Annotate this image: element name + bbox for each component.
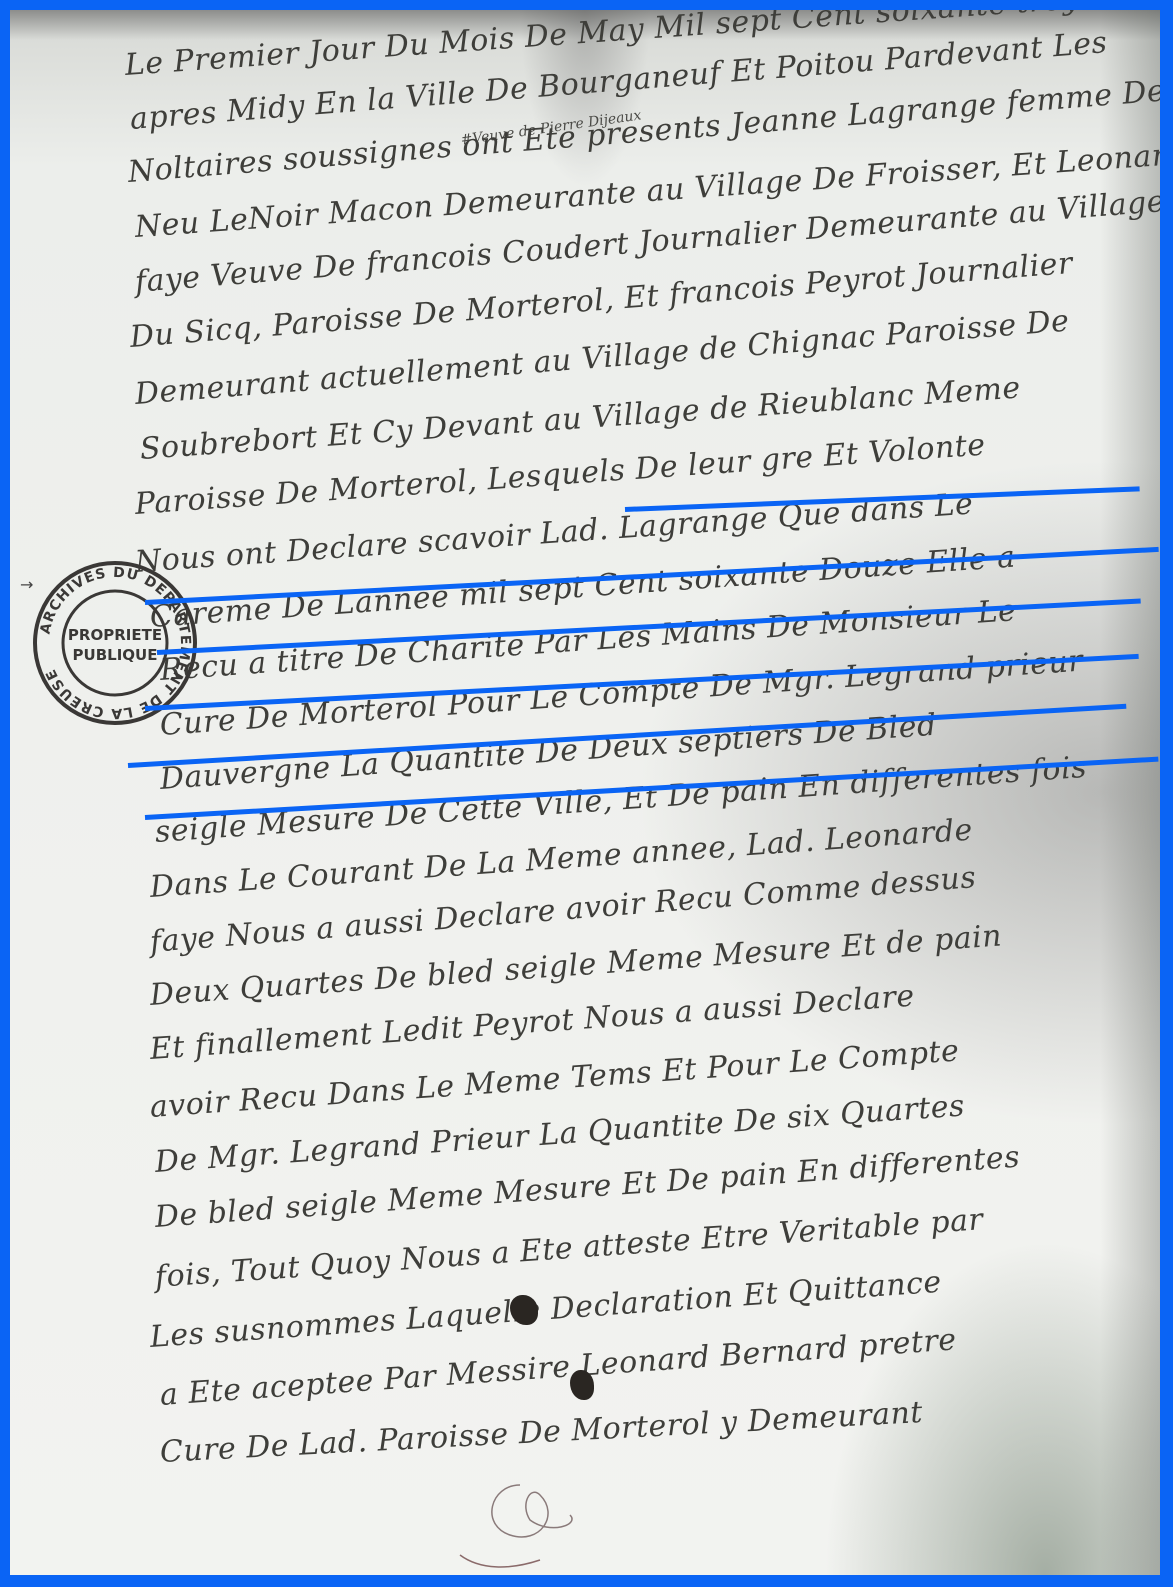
- archive-stamp: ARCHIVES DU DEPARTEMENT DE LA CREUSE PRO…: [30, 558, 200, 728]
- scan-shadow-right: [1100, 10, 1160, 1575]
- ink-blot: [570, 1370, 594, 1400]
- stamp-inner-line-2: PUBLIQUE: [73, 646, 158, 664]
- signature-flourish: [450, 1475, 610, 1575]
- stamp-inner-line-1: PROPRIETE: [68, 626, 162, 644]
- text-line-26: Cure De Lad. Paroisse De Morterol y Deme…: [159, 1395, 924, 1470]
- document-scan: Le Premier Jour Du Mois De May Mil sept …: [10, 10, 1160, 1575]
